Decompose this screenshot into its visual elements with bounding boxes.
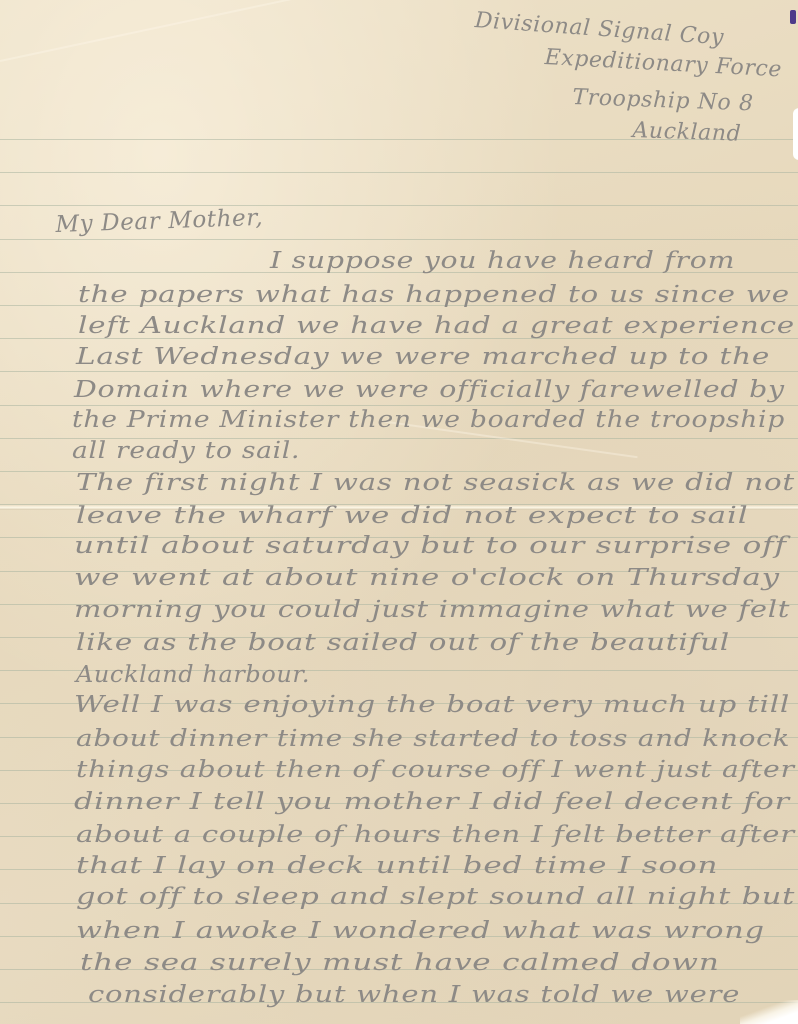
letter-line: The first night I was not seasick as we … <box>76 470 795 496</box>
letter-line: like as the boat sailed out of the beaut… <box>76 630 730 656</box>
address-line-2: Expeditionary Force <box>544 45 783 82</box>
paper-crease <box>0 0 294 62</box>
address-line-4: Auckland <box>632 118 742 147</box>
letter-line: about dinner time she started to toss an… <box>76 726 790 752</box>
letter-line: I suppose you have heard from <box>270 248 735 274</box>
torn-notch <box>793 108 798 160</box>
letter-line: got off to sleep and slept sound all nig… <box>76 884 795 910</box>
letter-line: until about saturday but to our surprise… <box>74 533 787 559</box>
letter-line: Auckland harbour. <box>76 662 310 688</box>
letter-line: considerably but when I was told we were <box>88 982 740 1008</box>
letter-page: Divisional Signal Coy Expeditionary Forc… <box>0 0 798 1024</box>
letter-line: leave the wharf we did not expect to sai… <box>76 503 748 529</box>
address-line-3: Troopship No 8 <box>572 85 754 116</box>
letter-line: Well I was enjoying the boat very much u… <box>74 692 790 718</box>
letter-line: that I lay on deck until bed time I soon <box>76 853 718 879</box>
letter-line: the sea surely must have calmed down <box>80 950 720 976</box>
letter-line: the papers what has happened to us since… <box>78 282 790 308</box>
letter-line: Last Wednesday we were marched up to the <box>76 344 770 370</box>
letter-line: left Auckland we have had a great experi… <box>78 313 795 339</box>
letter-line: morning you could just immagine what we … <box>74 597 790 623</box>
salutation: My Dear Mother, <box>55 205 264 238</box>
letter-line: dinner I tell you mother I did feel dece… <box>74 789 790 815</box>
ink-mark <box>790 10 796 24</box>
letter-line: Domain where we were officially farewell… <box>74 377 785 403</box>
letter-line: the Prime Minister then we boarded the t… <box>72 407 785 433</box>
letter-line: when I awoke I wondered what was wrong <box>76 918 765 944</box>
letter-line: we went at about nine o'clock on Thursda… <box>74 565 780 591</box>
letter-line: about a couple of hours then I felt bett… <box>76 822 795 848</box>
torn-corner <box>740 1000 798 1024</box>
letter-line: all ready to sail. <box>72 438 300 464</box>
address-line-1: Divisional Signal Coy <box>474 8 725 50</box>
letter-line: things about then of course off I went j… <box>76 757 795 783</box>
